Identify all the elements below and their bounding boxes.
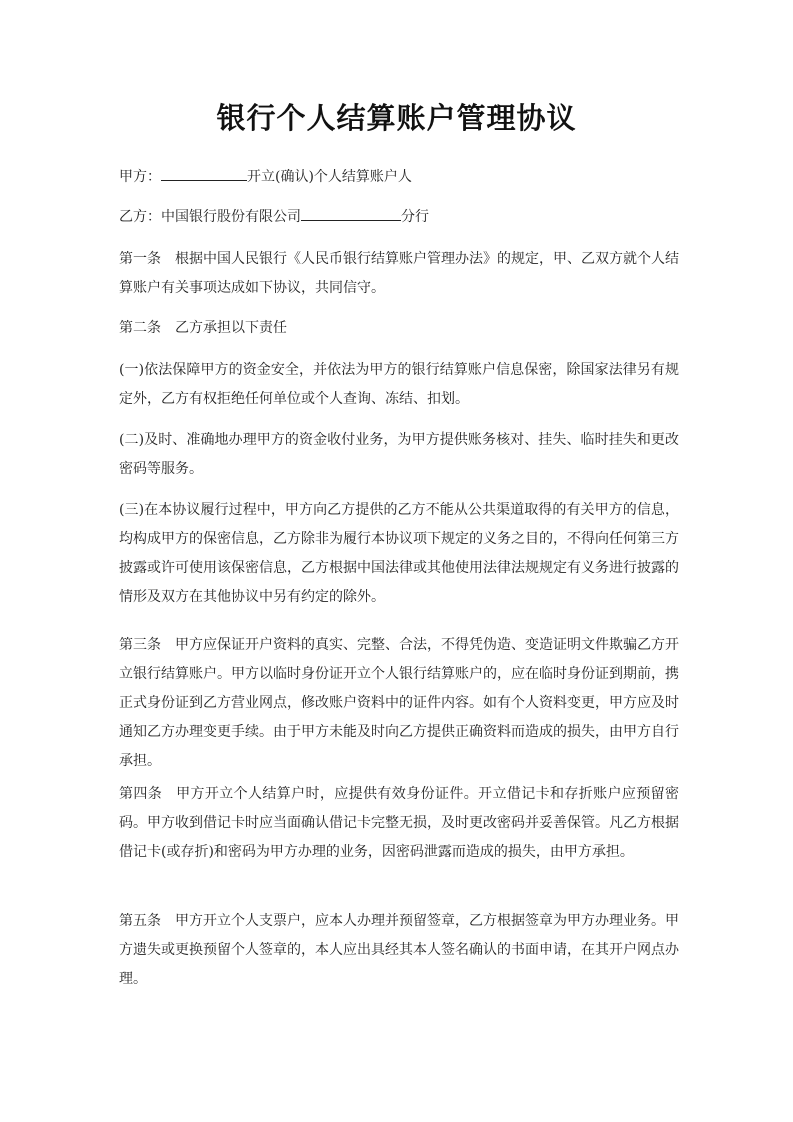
document-page: 银行个人结算账户管理协议 甲方：开立(确认)个人结算账户人 乙方：中国银行股份有… xyxy=(0,0,793,1122)
article-heading: 第二条 xyxy=(119,320,161,336)
party-a-label: 甲方： xyxy=(119,169,161,185)
article-3: 第三条甲方应保证开户资料的真实、完整、合法，不得凭伪造、变造证明文件欺骗乙方开立… xyxy=(119,631,679,776)
party-a-blank xyxy=(161,166,247,181)
article-1: 第一条根据中国人民银行《人民币银行结算账户管理办法》的规定，甲、乙双方就个人结算… xyxy=(119,245,679,303)
article-4: 第四条甲方开立个人结算户时，应提供有效身份证件。开立借记卡和存折账户应预留密码。… xyxy=(119,780,679,867)
party-b-line: 乙方：中国银行股份有限公司分行 xyxy=(119,203,679,232)
article-heading: 第一条 xyxy=(119,251,161,267)
party-b-blank xyxy=(301,206,401,221)
article-text: 根据中国人民银行《人民币银行结算账户管理办法》的规定，甲、乙双方就个人结算账户有… xyxy=(119,251,679,296)
clause-3: (三)在本协议履行过程中，甲方向乙方提供的乙方不能从公共渠道取得的有关甲方的信息… xyxy=(119,496,679,612)
article-2: 第二条乙方承担以下责任 xyxy=(119,314,679,343)
article-heading: 第五条 xyxy=(119,913,161,929)
party-a-line: 甲方：开立(确认)个人结算账户人 xyxy=(119,163,679,192)
clause-2: (二)及时、准确地办理甲方的资金收付业务，为甲方提供账务核对、挂失、临时挂失和更… xyxy=(119,426,679,484)
document-title: 银行个人结算账户管理协议 xyxy=(0,96,793,137)
article-heading: 第三条 xyxy=(119,637,161,653)
article-text: 甲方开立个人结算户时，应提供有效身份证件。开立借记卡和存折账户应预留密码。甲方收… xyxy=(119,786,679,860)
article-5: 第五条甲方开立个人支票户，应本人办理并预留签章，乙方根据签章为甲方办理业务。甲方… xyxy=(119,907,679,994)
article-text: 甲方开立个人支票户，应本人办理并预留签章，乙方根据签章为甲方办理业务。甲方遗失或… xyxy=(119,913,679,987)
article-heading: 第四条 xyxy=(119,786,162,802)
clause-1: (一)依法保障甲方的资金安全，并依法为甲方的银行结算账户信息保密，除国家法律另有… xyxy=(119,356,679,414)
article-text: 甲方应保证开户资料的真实、完整、合法，不得凭伪造、变造证明文件欺骗乙方开立银行结… xyxy=(119,637,679,769)
party-b-label: 乙方：中国银行股份有限公司 xyxy=(119,209,301,225)
party-a-suffix: 开立(确认)个人结算账户人 xyxy=(247,169,412,185)
article-text: 乙方承担以下责任 xyxy=(175,320,287,336)
party-b-suffix: 分行 xyxy=(401,209,429,225)
